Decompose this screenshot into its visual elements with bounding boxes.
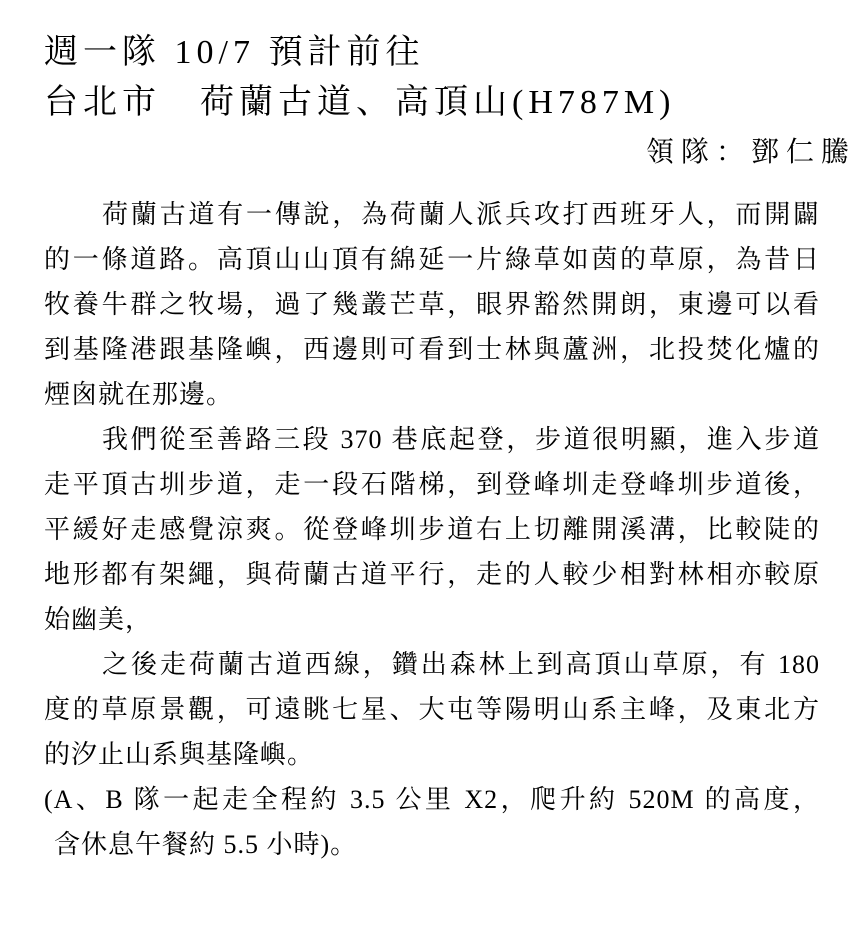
body-text-line: 我們從至善路三段 370 巷底起登，步道很明顯，進入步道 (44, 417, 820, 462)
body-text-line: 煙囪就在那邊。 (44, 372, 820, 417)
paragraph-summit-view: 之後走荷蘭古道西線，鑽出森林上到高頂山草原，有 180 度的草原景觀，可遠眺七星… (44, 642, 820, 777)
body-text-line: 牧養牛群之牧場，過了幾叢芒草，眼界豁然開朗，東邊可以看 (44, 282, 820, 327)
body-text-line: 的一條道路。高頂山山頂有綿延一片綠草如茵的草原，為昔日 (44, 237, 820, 282)
body-text-line: 度的草原景觀，可遠眺七星、大屯等陽明山系主峰，及東北方 (44, 687, 820, 732)
body-text-line: 地形都有架繩，與荷蘭古道平行，走的人較少相對林相亦較原 (44, 552, 820, 597)
leader-name-line: 領隊：鄧仁騰 (44, 128, 856, 178)
body-text-line: (A、B 隊一起走全程約 3.5 公里 X2，爬升約 520M 的高度， (44, 777, 820, 822)
body-text-line: 含休息午餐約 5.5 小時)。 (44, 822, 820, 867)
document-body: 荷蘭古道有一傳說，為荷蘭人派兵攻打西班牙人，而開闢 的一條道路。高頂山山頂有綿延… (44, 192, 820, 867)
body-text-line: 荷蘭古道有一傳說，為荷蘭人派兵攻打西班牙人，而開闢 (44, 192, 820, 237)
document-page: 週一隊 10/7 預計前往 台北市 荷蘭古道、高頂山(H787M) 領隊：鄧仁騰… (0, 0, 868, 928)
body-text-line: 到基隆港跟基隆嶼，西邊則可看到士林與蘆洲，北投焚化爐的 (44, 327, 820, 372)
body-text-line: 走平頂古圳步道，走一段石階梯，到登峰圳走登峰圳步道後， (44, 462, 820, 507)
body-text-line: 始幽美， (44, 597, 820, 642)
paragraph-route: 我們從至善路三段 370 巷底起登，步道很明顯，進入步道 走平頂古圳步道，走一段… (44, 417, 820, 642)
body-text-line: 之後走荷蘭古道西線，鑽出森林上到高頂山草原，有 180 (44, 642, 820, 687)
page-title-line1: 週一隊 10/7 預計前往 (44, 28, 820, 78)
page-title-line2: 台北市 荷蘭古道、高頂山(H787M) (44, 78, 820, 128)
body-text-line: 平緩好走感覺涼爽。從登峰圳步道右上切離開溪溝，比較陡的 (44, 507, 820, 552)
paragraph-legend: 荷蘭古道有一傳說，為荷蘭人派兵攻打西班牙人，而開闢 的一條道路。高頂山山頂有綿延… (44, 192, 820, 417)
paragraph-trip-stats: (A、B 隊一起走全程約 3.5 公里 X2，爬升約 520M 的高度， 含休息… (44, 777, 820, 867)
body-text-line: 的汐止山系與基隆嶼。 (44, 732, 820, 777)
